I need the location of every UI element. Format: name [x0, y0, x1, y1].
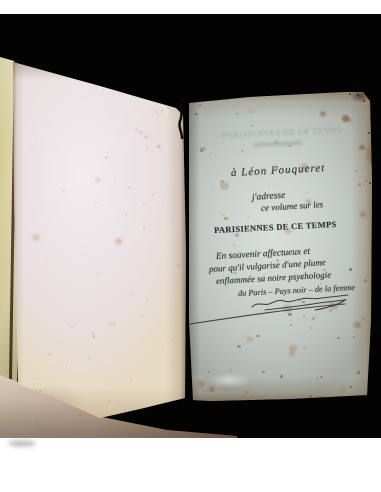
book-photo: PARISIENNES DE CE TEMPS à Léon Fouqueret… — [0, 0, 381, 492]
signature-flourish — [185, 293, 365, 335]
page-text-layer: PARISIENNES DE CE TEMPS à Léon Fouqueret… — [0, 0, 381, 492]
ghost-subtitle-showthrough — [254, 141, 302, 147]
printed-title: PARISIENNES DE CE TEMPS — [214, 219, 337, 235]
ghost-title-showthrough: PARISIENNES DE CE TEMPS — [222, 126, 343, 140]
dedication-line-1: à Léon Fouqueret — [231, 162, 326, 179]
